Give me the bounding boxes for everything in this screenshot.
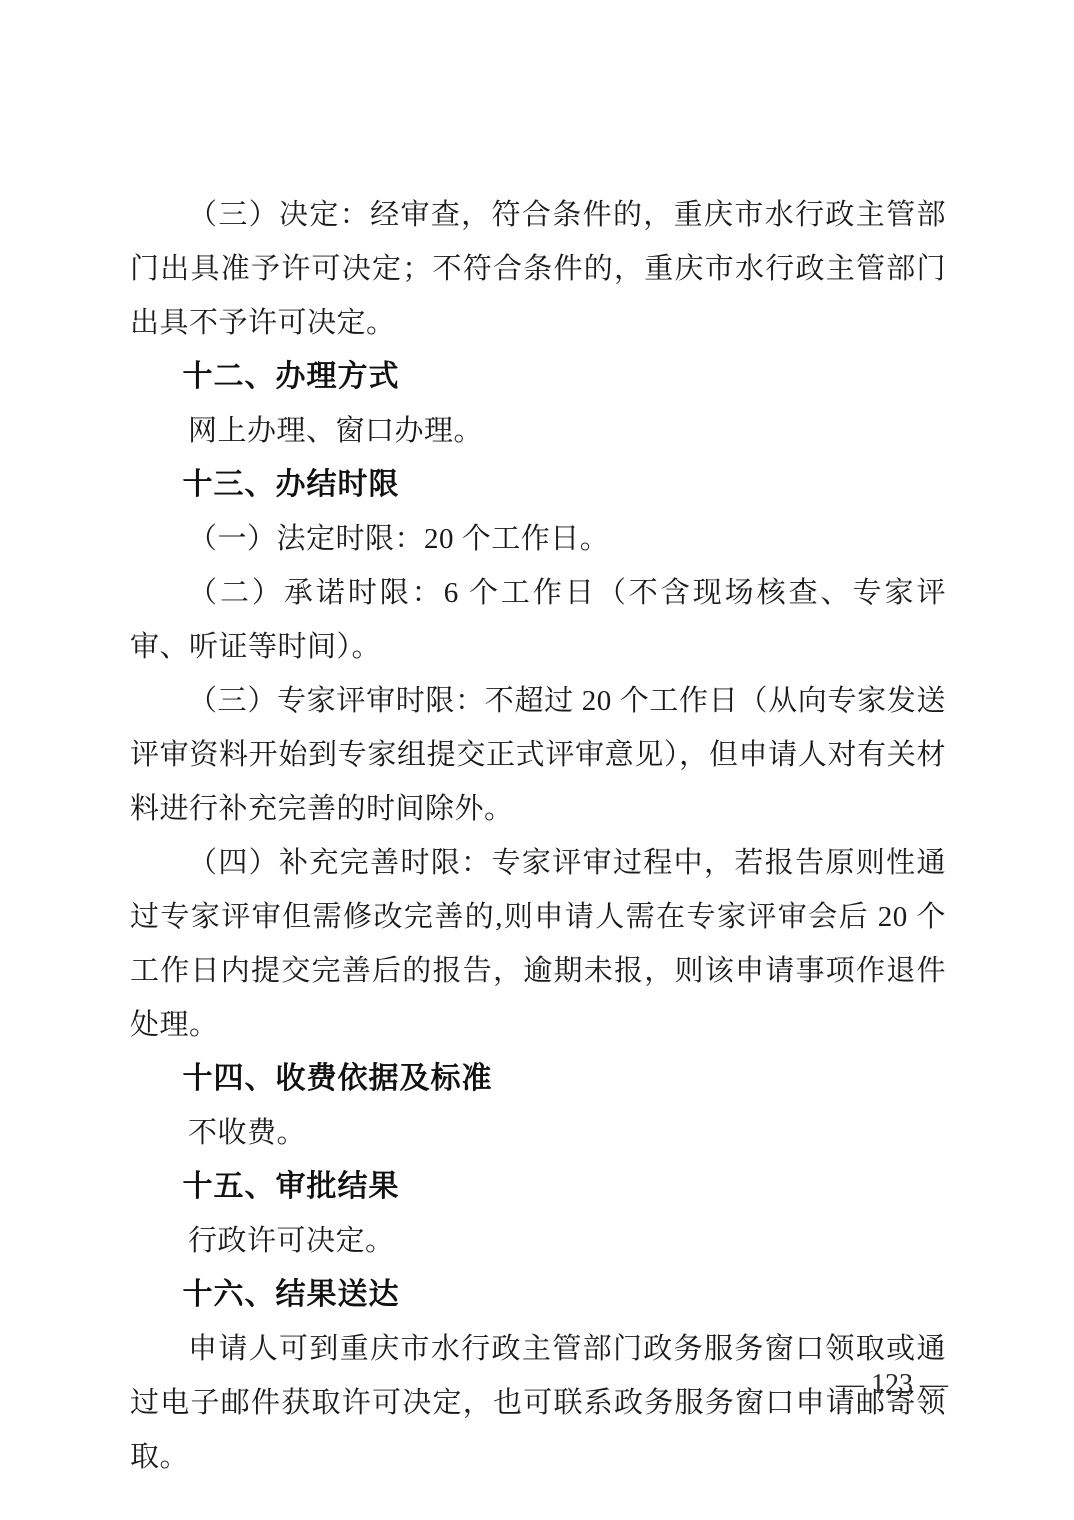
paragraph-legal-time-limit: （一）法定时限：20 个工作日。 [130, 512, 946, 566]
paragraph-promised-time-limit: （二）承诺时限：6 个工作日（不含现场核查、专家评审、听证等时间）。 [130, 566, 946, 674]
paragraph-supplement-limit: （四）补充完善时限：专家评审过程中，若报告原则性通过专家评审但需修改完善的,则申… [130, 836, 946, 1052]
paragraph-approval-result: 行政许可决定。 [130, 1214, 946, 1268]
section-heading-16-jieguo-songda: 十六、结果送达 [130, 1268, 946, 1322]
section-heading-14-shoufei: 十四、收费依据及标准 [130, 1052, 946, 1106]
document-content: （三）决定：经审查，符合条件的，重庆市水行政主管部门出具准予许可决定；不符合条件… [130, 188, 946, 1484]
section-heading-12-banli-fangshi: 十二、办理方式 [130, 350, 946, 404]
paragraph-no-fee: 不收费。 [130, 1106, 946, 1160]
section-heading-13-banjie-shixian: 十三、办结时限 [130, 458, 946, 512]
paragraph-banli-fangshi: 网上办理、窗口办理。 [130, 404, 946, 458]
paragraph-result-delivery: 申请人可到重庆市水行政主管部门政务服务窗口领取或通过电子邮件获取许可决定，也可联… [130, 1322, 946, 1484]
page-number: — 123 — [836, 1368, 948, 1402]
section-heading-15-shenpi-jieguo: 十五、审批结果 [130, 1160, 946, 1214]
paragraph-decision: （三）决定：经审查，符合条件的，重庆市水行政主管部门出具准予许可决定；不符合条件… [130, 188, 946, 350]
paragraph-expert-review-limit: （三）专家评审时限：不超过 20 个工作日（从向专家发送评审资料开始到专家组提交… [130, 674, 946, 836]
document-page: （三）决定：经审查，符合条件的，重庆市水行政主管部门出具准予许可决定；不符合条件… [0, 0, 1074, 1520]
